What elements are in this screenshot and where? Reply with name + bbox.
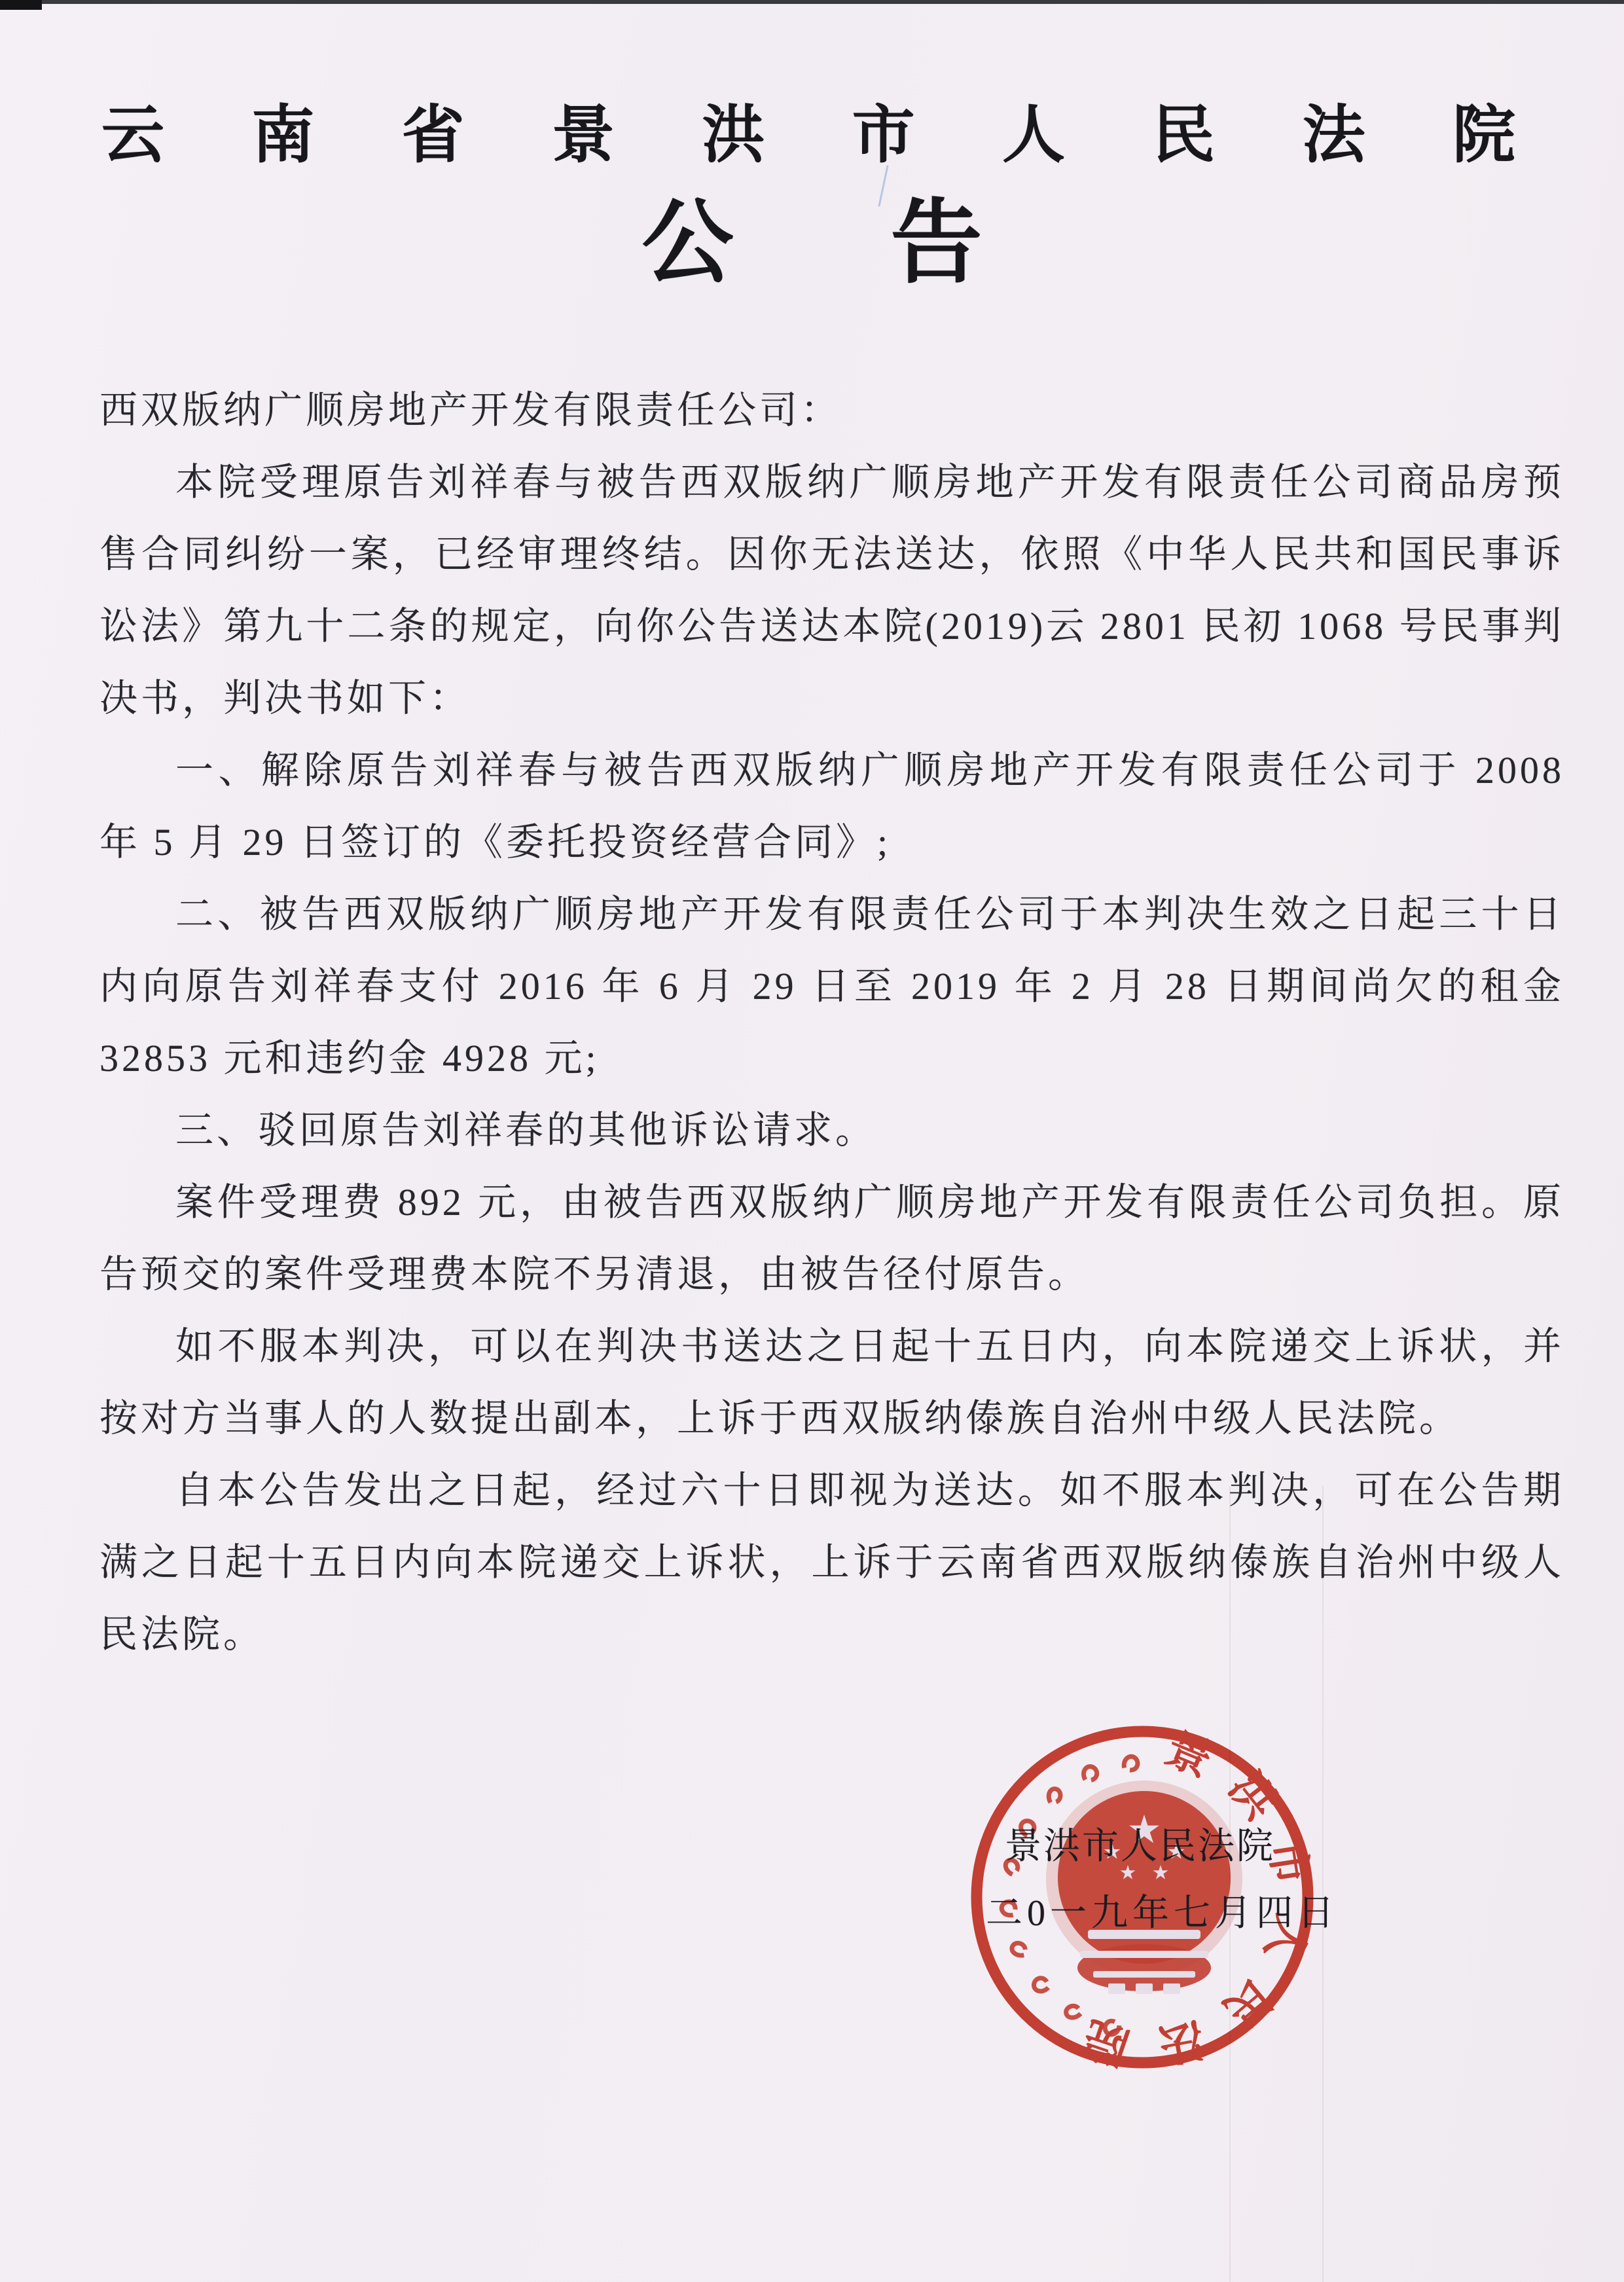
paragraph-ruling-item-2: 二、被告西双版纳广顺房地产开发有限责任公司于本判决生效之日起三十日内向原告刘祥春… xyxy=(99,878,1564,1095)
scan-top-edge-artifact xyxy=(0,0,1624,4)
title-char: 院 xyxy=(1453,100,1515,172)
paragraph-service-period: 自本公告发出之日起，经过六十日即视为送达。如不服本判决，可在公告期满之日起十五日… xyxy=(99,1455,1564,1671)
announcement-title: 公 告 xyxy=(0,191,1624,297)
scanned-court-announcement: { "page": { "court_title": "云南省景洪市人民法院",… xyxy=(0,0,1624,2282)
document-body: 西双版纳广顺房地产开发有限责任公司： 本院受理原告刘祥春与被告西双版纳广顺房地产… xyxy=(99,374,1564,1671)
title-char: 民 xyxy=(1152,100,1215,172)
paragraph-court-fees: 案件受理费 892 元，由被告西双版纳广顺房地产开发有限责任公司负担。原告预交的… xyxy=(99,1167,1564,1311)
title-char: 南 xyxy=(251,100,314,172)
court-title: 云南省景洪市人民法院 xyxy=(101,100,1515,172)
title-char: 市 xyxy=(852,100,915,172)
title-char: 洪 xyxy=(702,100,765,172)
title-char: 法 xyxy=(1303,100,1365,172)
signature-date: 二0一九年七月四日 xyxy=(986,1884,1339,1936)
title-char: 景 xyxy=(552,100,615,172)
paragraph-ruling-item-3: 三、驳回原告刘祥春的其他诉讼请求。 xyxy=(99,1095,1564,1167)
paragraph-case-summary: 本院受理原告刘祥春与被告西双版纳广顺房地产开发有限责任公司商品房预售合同纠纷一案… xyxy=(99,446,1564,734)
scan-corner-artifact xyxy=(0,0,42,10)
title-char: 省 xyxy=(402,100,465,172)
paragraph-ruling-item-1: 一、解除原告刘祥春与被告西双版纳广顺房地产开发有限责任公司于 2008 年 5 … xyxy=(99,734,1564,878)
paragraph-appeal-rights: 如不服本判决，可以在判决书送达之日起十五日内，向本院递交上诉状，并按对方当事人的… xyxy=(99,1311,1564,1455)
title-char: 人 xyxy=(1002,100,1065,172)
salutation-line: 西双版纳广顺房地产开发有限责任公司： xyxy=(99,374,1564,446)
title-char: 云 xyxy=(101,100,164,172)
signature-court-name: 景洪市人民法院 xyxy=(1005,1817,1275,1870)
